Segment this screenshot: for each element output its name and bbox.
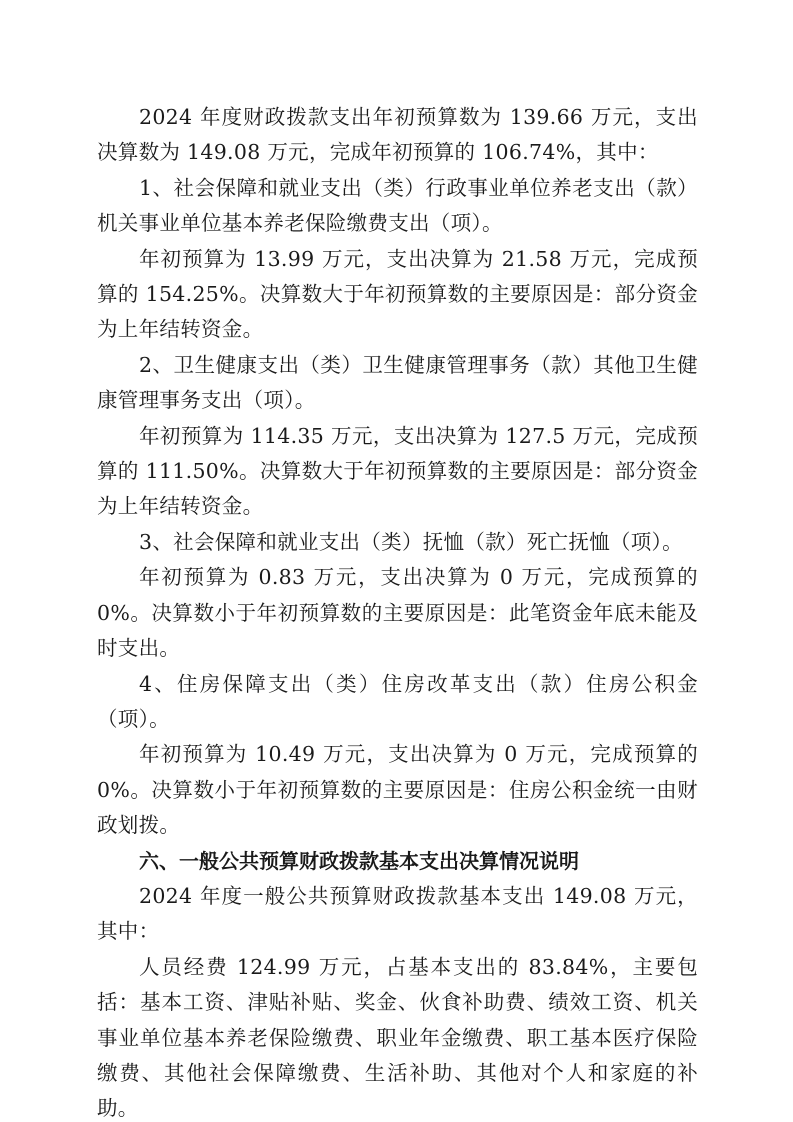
paragraph-personnel-expenses: 人员经费 124.99 万元，占基本支出的 83.84%，主要包括：基本工资、津… xyxy=(97,950,698,1122)
section-heading-six: 六、一般公共预算财政拨款基本支出决算情况说明 xyxy=(97,844,698,879)
paragraph-item-1-detail: 年初预算为 13.99 万元，支出决算为 21.58 万元，完成预算的 154.… xyxy=(97,242,698,348)
paragraph-basic-expenditure-total: 2024 年度一般公共预算财政拨款基本支出 149.08 万元，其中： xyxy=(97,879,698,950)
paragraph-item-3-detail: 年初预算为 0.83 万元，支出决算为 0 万元，完成预算的 0%。决算数小于年… xyxy=(97,560,698,666)
paragraph-item-4-detail: 年初预算为 10.49 万元，支出决算为 0 万元，完成预算的 0%。决算数小于… xyxy=(97,737,698,843)
paragraph-item-2-title: 2、卫生健康支出（类）卫生健康管理事务（款）其他卫生健康管理事务支出（项）。 xyxy=(97,348,698,419)
paragraph-item-4-title: 4、住房保障支出（类）住房改革支出（款）住房公积金（项）。 xyxy=(97,667,698,738)
paragraph-item-3-title: 3、社会保障和就业支出（类）抚恤（款）死亡抚恤（项）。 xyxy=(97,525,698,560)
paragraph-total-summary: 2024 年度财政拨款支出年初预算数为 139.66 万元，支出决算数为 149… xyxy=(97,100,698,171)
paragraph-item-2-detail: 年初预算为 114.35 万元，支出决算为 127.5 万元，完成预算的 111… xyxy=(97,419,698,525)
paragraph-item-1-title: 1、社会保障和就业支出（类）行政事业单位养老支出（款）机关事业单位基本养老保险缴… xyxy=(97,171,698,242)
document-page: 2024 年度财政拨款支出年初预算数为 139.66 万元，支出决算数为 149… xyxy=(97,100,698,1122)
